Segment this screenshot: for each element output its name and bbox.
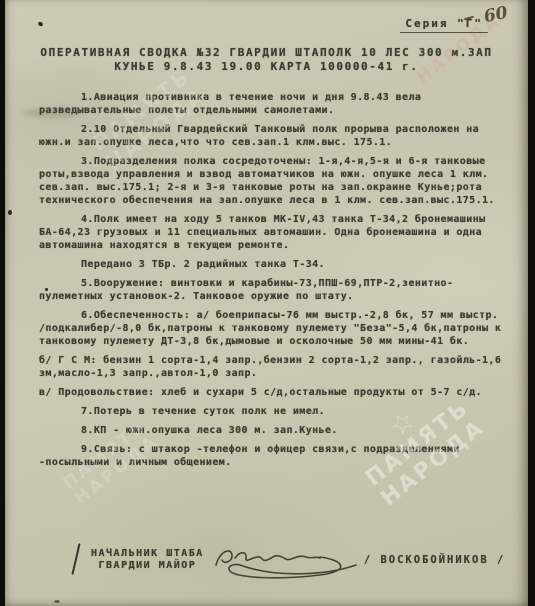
document-body: 1.Авиация противника в течение ночи и дн… (39, 91, 502, 469)
paragraph-6c-provisions: в/ Продовольствие: хлеб и сухари 5 с/д,о… (39, 386, 502, 399)
document-scan: ПАМЯТЬ НАРОДА НАРОДА ☆ ПАМЯТЬ НАРОДА ПАМ… (0, 0, 535, 606)
handwritten-signature (210, 542, 358, 584)
signature-roles: НАЧАЛЬНИК ШТАБА ГВАРДИИ МАЙОР (91, 548, 204, 572)
paper-smudge (23, 108, 83, 118)
signature-block: НАЧАЛЬНИК ШТАБА ГВАРДИИ МАЙОР / ВОСКОБОЙ… (91, 536, 505, 584)
ink-speck (54, 600, 60, 603)
document-title: ОПЕРАТИВНАЯ СВОДКА №32 ГВАРДИИ ШТАПОЛК 1… (33, 46, 500, 74)
paragraph-9-communications: 9.Связь: с штакор -телефон и офицер связ… (39, 443, 502, 469)
title-line-2: КУНЬЕ 9.8.43 19.00 КАРТА 100000-41 г. (33, 60, 500, 74)
paragraph-2-regiment-position: 2.10 Отдельный Гвардейский Танковый полк… (39, 123, 502, 149)
paragraph-8-command-post: 8.КП - южн.опушка леса 300 м. зап.Кунье. (39, 424, 502, 437)
document-page: ПАМЯТЬ НАРОДА НАРОДА ☆ ПАМЯТЬ НАРОДА ПАМ… (5, 0, 528, 606)
paragraph-1-aviation: 1.Авиация противника в течение ночи и дн… (39, 91, 502, 117)
pen-slash-mark (71, 543, 80, 575)
paragraph-7-losses: 7.Потерь в течение суток полк не имел. (39, 405, 502, 418)
ink-speck (45, 288, 48, 291)
paragraph-6b-fuel: б/ Г С М: бензин 1 сорта-1,4 запр.,бензи… (39, 354, 502, 380)
ink-speck (37, 21, 43, 27)
paragraph-5-armament: 5.Вооружение: винтовки и карабины-73,ППШ… (39, 277, 502, 303)
series-label: Серия "Г" (400, 17, 488, 33)
paragraph-4a-transferred-tanks: Передано 3 ТБр. 2 радийных танка Т-34. (39, 258, 502, 271)
signer-typed-name: / ВОСКОБОЙНИКОВ / (364, 554, 505, 566)
ink-speck (8, 210, 12, 215)
paragraph-3-units-concentration: 3.Подразделения полка сосредоточены: 1-я… (39, 155, 502, 207)
signer-role-line-1: НАЧАЛЬНИК ШТАБА (91, 548, 204, 560)
signer-role-line-2: ГВАРДИИ МАЙОР (91, 560, 204, 572)
title-line-1: ОПЕРАТИВНАЯ СВОДКА №32 ГВАРДИИ ШТАПОЛК 1… (33, 46, 500, 60)
paragraph-4-tanks-inventory: 4.Полк имеет на ходу 5 танков МК-IV,43 т… (39, 213, 502, 252)
paragraph-6a-ammunition: 6.Обеспеченность: а/ боеприпасы-76 мм вы… (39, 309, 502, 348)
